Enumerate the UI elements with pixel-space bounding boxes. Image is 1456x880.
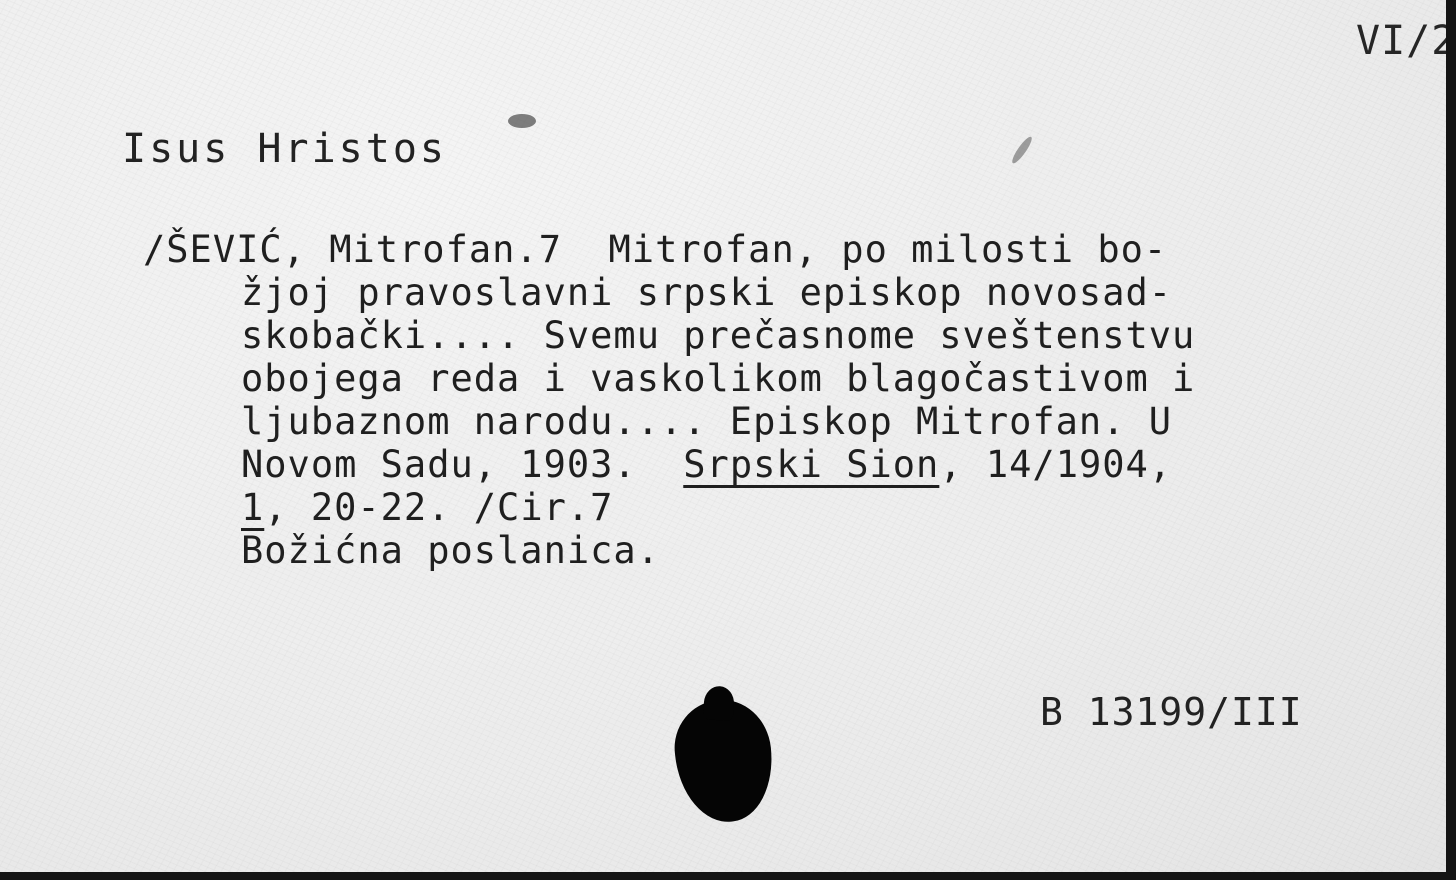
- page-range: , 20-22.: [264, 486, 450, 529]
- catalog-card: VI/2 Isus Hristos /ŠEVIĆ, Mitrofan.7 Mit…: [0, 0, 1446, 872]
- entry-line-7: 1, 20-22. /Cir.7: [143, 486, 1195, 529]
- call-number: B 13199/III: [1040, 690, 1303, 734]
- entry-line-5: ljubaznom narodu.... Episkop Mitrofan. U: [143, 400, 1195, 443]
- entry-line-2: žjoj pravoslavni srpski episkop novosad-: [143, 271, 1195, 314]
- entry-line-6: Novom Sadu, 1903. Srpski Sion, 14/1904,: [143, 443, 1195, 486]
- ink-smudge: [508, 114, 536, 128]
- card-edge-bottom: [0, 872, 1456, 880]
- entry-line-1: /ŠEVIĆ, Mitrofan.7 Mitrofan, po milosti …: [143, 228, 1195, 271]
- entry-line-4: obojega reda i vaskolikom blagočastivom …: [143, 357, 1195, 400]
- publication-place-date: Novom Sadu, 1903.: [241, 443, 637, 486]
- title-start: Mitrofan, po milosti bo-: [609, 228, 1168, 271]
- card-edge-right: [1446, 0, 1456, 880]
- ink-smudge: [1010, 135, 1035, 166]
- entry-line-3: skobački.... Svemu prečasnome sveštenstv…: [143, 314, 1195, 357]
- punch-hole: [670, 695, 778, 826]
- shelf-mark: VI/2: [1356, 18, 1446, 64]
- volume-number: 1: [241, 486, 264, 529]
- script-note: /Cir.7: [474, 486, 614, 529]
- bibliographic-entry: /ŠEVIĆ, Mitrofan.7 Mitrofan, po milosti …: [143, 228, 1195, 572]
- journal-title: Srpski Sion: [683, 443, 939, 486]
- author-name: /ŠEVIĆ, Mitrofan.7: [143, 228, 562, 271]
- subject-heading: Isus Hristos: [122, 126, 447, 172]
- journal-issue: , 14/1904,: [939, 443, 1172, 486]
- entry-line-8: Božićna poslanica.: [143, 529, 1195, 572]
